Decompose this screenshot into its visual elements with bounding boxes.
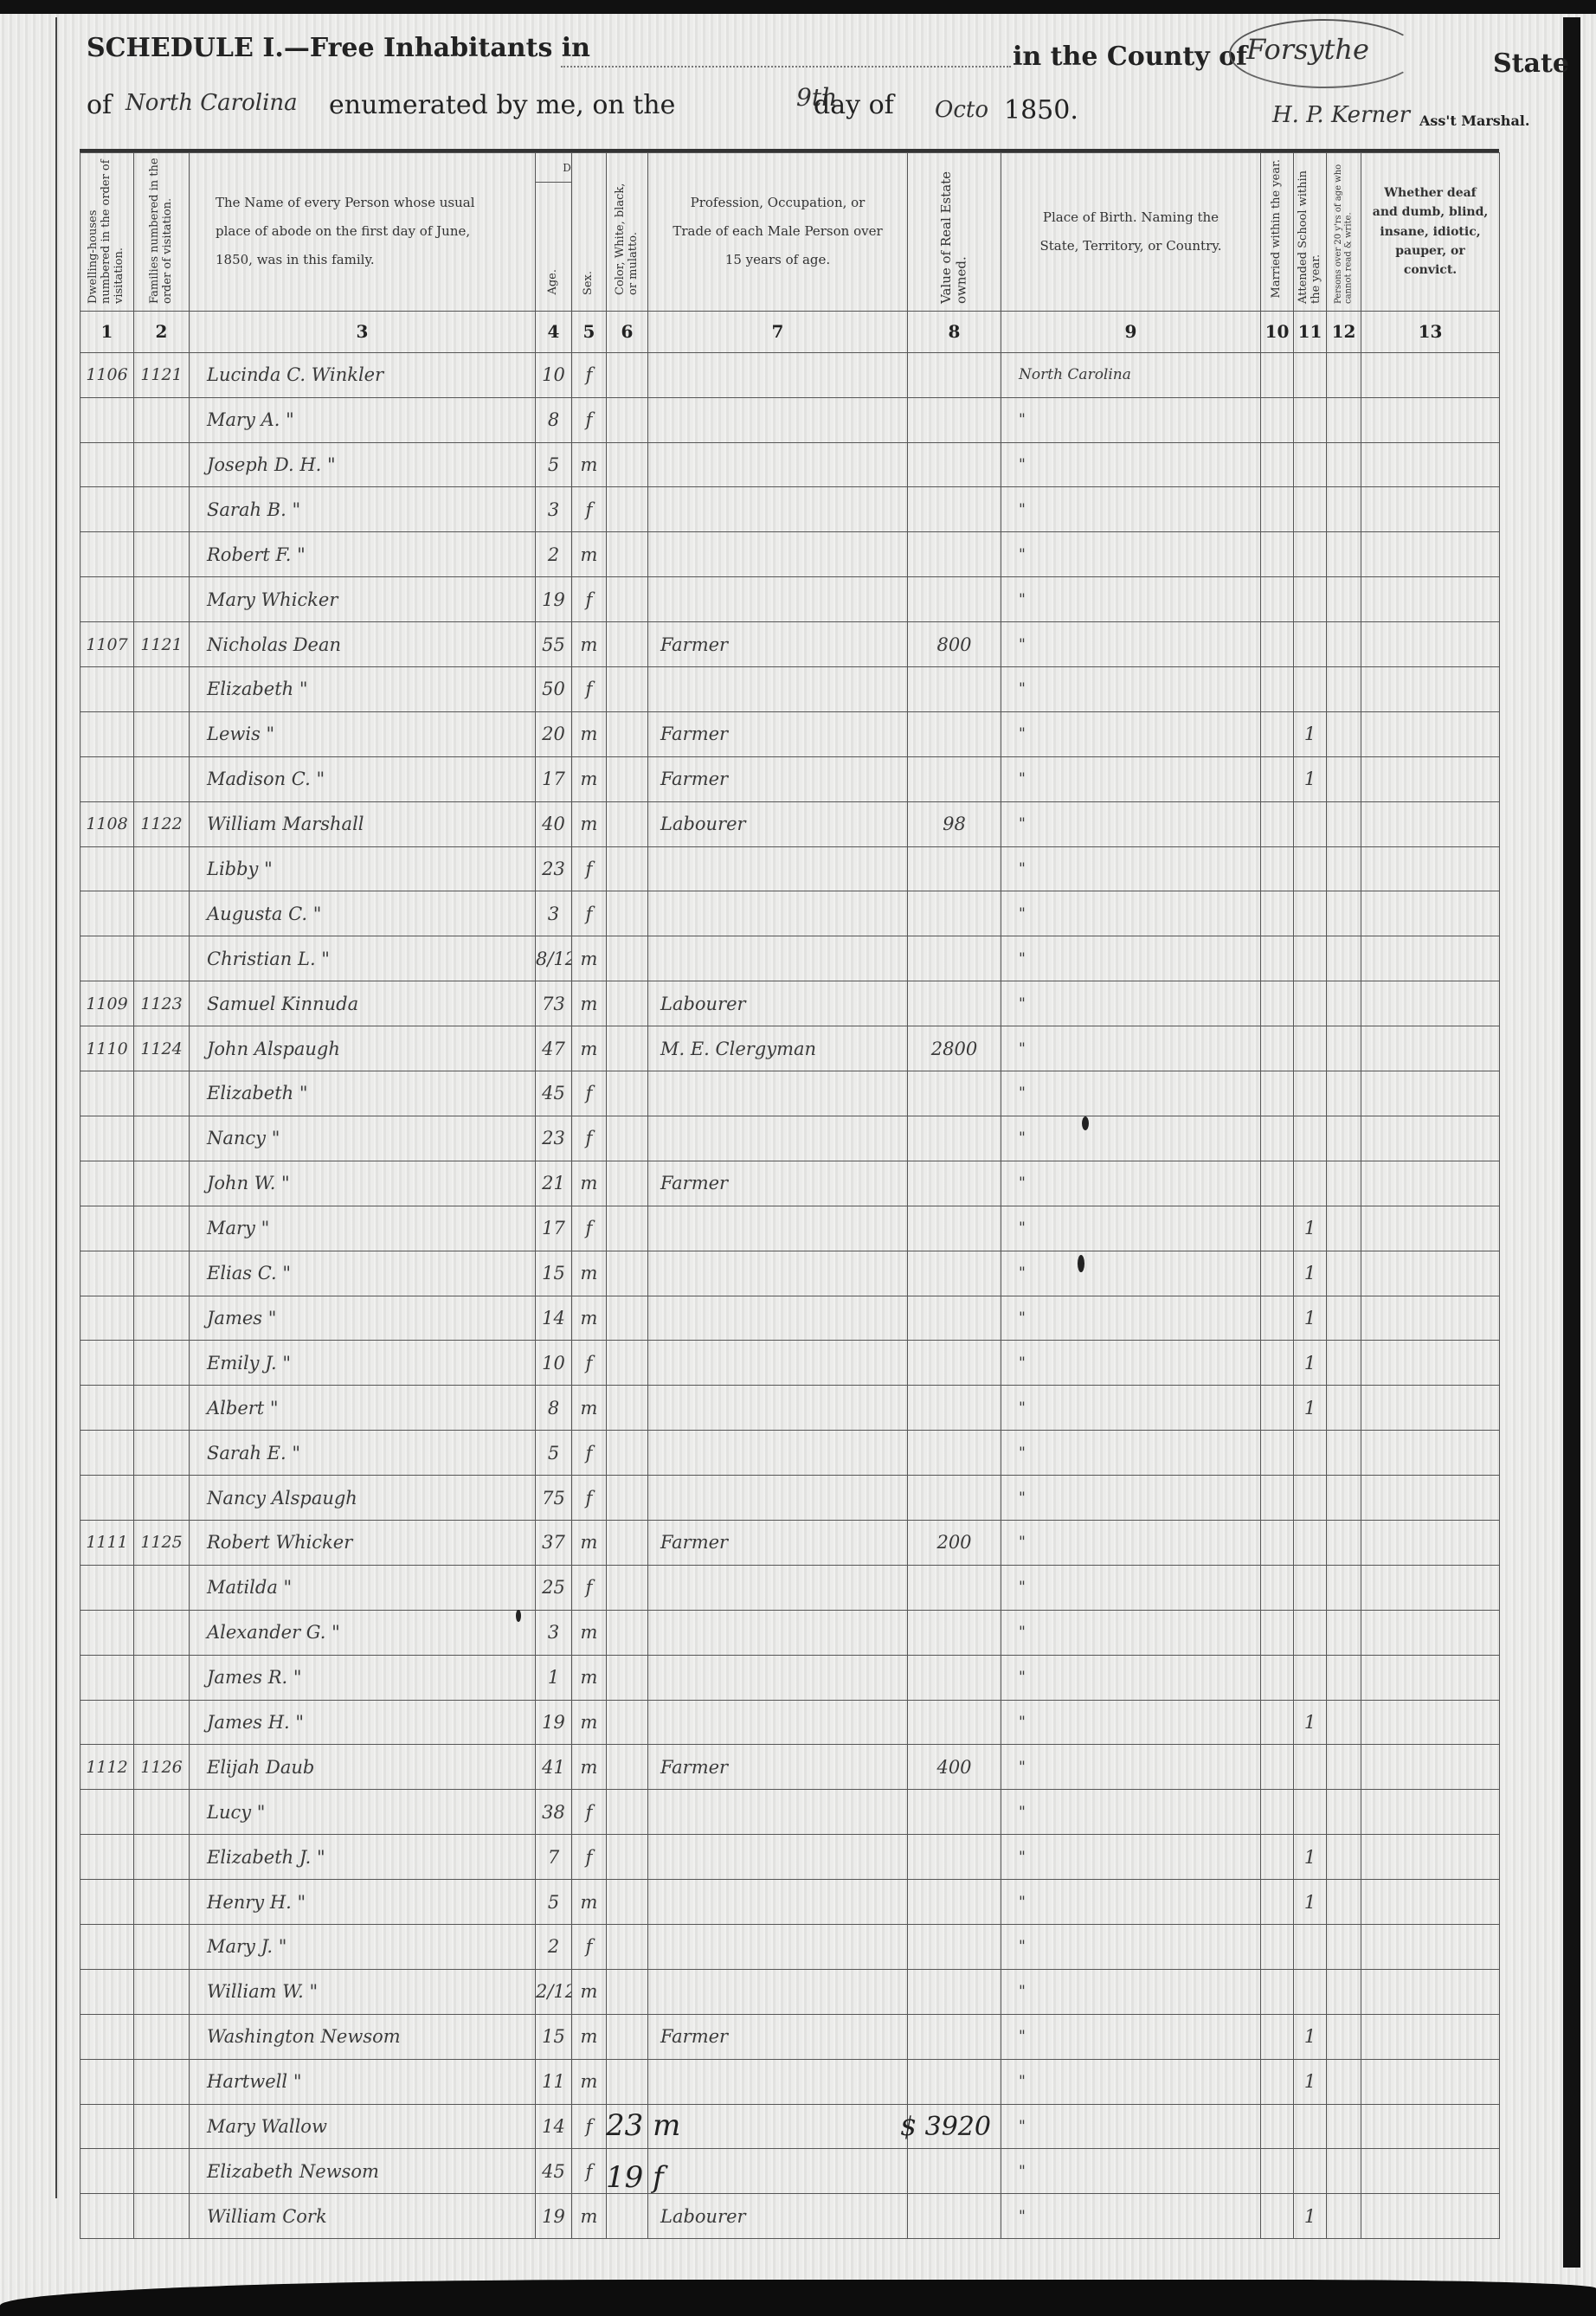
cell-value xyxy=(908,1835,1001,1880)
cell-birth: " xyxy=(1001,1565,1261,1610)
col-num-12: 12 xyxy=(1327,311,1361,352)
cell-empty xyxy=(1361,1431,1500,1476)
table-row: 42William Cork19mLabourer"1 xyxy=(80,2194,1500,2239)
marshal-name: H. P. Kerner xyxy=(1272,102,1410,128)
cell-family xyxy=(134,1880,190,1925)
cell-empty xyxy=(1361,1341,1500,1386)
cell-birth: " xyxy=(1001,2149,1261,2194)
cell-occupation xyxy=(648,1880,908,1925)
cell-family xyxy=(134,1476,190,1521)
cell-sex: f xyxy=(572,667,607,712)
table-row: 34Elizabeth J. "7f"1 xyxy=(80,1835,1500,1880)
cell-occupation xyxy=(648,2149,908,2194)
cell-school xyxy=(1294,1565,1327,1610)
cell-name: Elizabeth " xyxy=(190,667,536,712)
cell-value xyxy=(908,1251,1001,1296)
cell-school xyxy=(1294,2149,1327,2194)
cell-family xyxy=(134,1790,190,1835)
cell-empty xyxy=(1261,891,1294,936)
cell-empty xyxy=(1261,1924,1294,1969)
cell-family xyxy=(134,756,190,801)
cell-dwelling: 10 xyxy=(80,756,134,801)
cell-empty xyxy=(1261,1610,1294,1655)
cell-family: 1122 xyxy=(134,801,190,846)
cell-occupation: Farmer xyxy=(648,756,908,801)
cell-school: 1 xyxy=(1294,2194,1327,2239)
table-row: 4Sarah B. "3f" xyxy=(80,487,1500,532)
cell-school xyxy=(1294,577,1327,622)
cell-dwelling: 11106 xyxy=(80,352,134,397)
cell-occupation xyxy=(648,1565,908,1610)
cell-sex: f xyxy=(572,1565,607,1610)
cell-empty xyxy=(1261,1341,1294,1386)
cell-school xyxy=(1294,352,1327,397)
cell-empty xyxy=(1361,846,1500,891)
table-row: 3211121126Elijah Daub41mFarmer400" xyxy=(80,1745,1500,1790)
cell-value xyxy=(908,442,1001,487)
cell-birth: " xyxy=(1001,1161,1261,1206)
description-group-label: Description. xyxy=(536,153,572,183)
cell-age: 7 xyxy=(536,1835,572,1880)
cell-empty xyxy=(1361,1026,1500,1071)
cell-family xyxy=(134,397,190,442)
female-tally: 19 f xyxy=(606,2160,664,2195)
cell-empty xyxy=(1327,981,1361,1026)
cell-empty xyxy=(1361,2149,1500,2194)
cell-empty xyxy=(1261,1431,1294,1476)
cell-occupation: Labourer xyxy=(648,981,908,1026)
cell-empty xyxy=(1327,622,1361,667)
cell-empty xyxy=(1361,936,1500,981)
cell-occupation xyxy=(648,1071,908,1116)
cell-school xyxy=(1294,1969,1327,2014)
table-row: 38Washington Newsom15mFarmer"1 xyxy=(80,2014,1500,2059)
cell-school xyxy=(1294,487,1327,532)
cell-age: 14 xyxy=(536,1296,572,1341)
year: 1850. xyxy=(1004,95,1078,125)
cell-sex: m xyxy=(572,622,607,667)
cell-family: 1126 xyxy=(134,1745,190,1790)
cell-empty xyxy=(1327,1296,1361,1341)
cell-empty xyxy=(607,1026,648,1071)
cell-empty xyxy=(1327,891,1361,936)
cell-empty xyxy=(607,1745,648,1790)
col-header-age: Description.Age. xyxy=(536,153,572,312)
cell-empty xyxy=(1361,2104,1500,2149)
cell-empty xyxy=(1361,1969,1500,2014)
cell-birth: " xyxy=(1001,891,1261,936)
cell-value xyxy=(908,1116,1001,1161)
cell-occupation xyxy=(648,1790,908,1835)
cell-age: 1 xyxy=(536,1655,572,1700)
cell-name: Joseph D. H. " xyxy=(190,442,536,487)
cell-empty xyxy=(1261,1565,1294,1610)
cell-empty xyxy=(1261,1700,1294,1745)
cell-empty xyxy=(1327,2194,1361,2239)
cell-school xyxy=(1294,622,1327,667)
cell-family: 1121 xyxy=(134,622,190,667)
cell-age: 73 xyxy=(536,981,572,1026)
cell-empty xyxy=(607,667,648,712)
cell-school xyxy=(1294,1431,1327,1476)
cell-family xyxy=(134,2104,190,2149)
cell-age: 2/12 xyxy=(536,1969,572,2014)
marshal-label: Ass't Marshal. xyxy=(1419,113,1529,129)
cell-school: 1 xyxy=(1294,1206,1327,1251)
cell-dwelling: 30 xyxy=(80,1655,134,1700)
cell-name: Elizabeth Newsom xyxy=(190,2149,536,2194)
cell-dwelling: 17 xyxy=(80,1071,134,1116)
cell-dwelling: 4 xyxy=(80,487,134,532)
cell-empty xyxy=(1261,1386,1294,1431)
cell-school xyxy=(1294,1655,1327,1700)
cell-empty xyxy=(1327,1386,1361,1431)
cell-birth: " xyxy=(1001,1026,1261,1071)
cell-name: Elias C. " xyxy=(190,1251,536,1296)
blank-subdivision-line xyxy=(561,66,1011,68)
cell-school xyxy=(1294,397,1327,442)
cell-value xyxy=(908,2149,1001,2194)
cell-family xyxy=(134,1431,190,1476)
col-num-3: 3 xyxy=(190,311,536,352)
cell-empty xyxy=(1327,1924,1361,1969)
table-row: 18Nancy "23f" xyxy=(80,1116,1500,1161)
cell-dwelling: 21 xyxy=(80,1251,134,1296)
cell-empty xyxy=(1261,1206,1294,1251)
cell-empty xyxy=(1361,711,1500,756)
cell-empty xyxy=(607,1431,648,1476)
col-num-11: 11 xyxy=(1294,311,1327,352)
cell-sex: m xyxy=(572,2014,607,2059)
cell-age: 55 xyxy=(536,622,572,667)
table-row: 6Mary Whicker19f" xyxy=(80,577,1500,622)
cell-empty xyxy=(1327,1969,1361,2014)
cell-family xyxy=(134,2194,190,2239)
cell-birth: " xyxy=(1001,1790,1261,1835)
col-num-8: 8 xyxy=(908,311,1001,352)
cell-empty xyxy=(607,1520,648,1565)
cell-sex: f xyxy=(572,1071,607,1116)
cell-name: Mary J. " xyxy=(190,1924,536,1969)
cell-family xyxy=(134,891,190,936)
left-margin-rule xyxy=(55,17,57,2198)
cell-empty xyxy=(1327,667,1361,712)
cell-empty xyxy=(1361,2059,1500,2104)
cell-empty xyxy=(1361,1251,1500,1296)
cell-dwelling: 35 xyxy=(80,1880,134,1925)
cell-value xyxy=(908,1206,1001,1251)
ink-speck xyxy=(1082,1116,1089,1130)
cell-birth: " xyxy=(1001,1520,1261,1565)
cell-empty xyxy=(1327,352,1361,397)
cell-name: James " xyxy=(190,1296,536,1341)
col-num-13: 13 xyxy=(1361,311,1500,352)
cell-birth: " xyxy=(1001,1251,1261,1296)
cell-family xyxy=(134,1161,190,1206)
scan-binding-edge xyxy=(1563,17,1580,2268)
cell-empty xyxy=(607,577,648,622)
table-row: 5Robert F. "2m" xyxy=(80,532,1500,577)
dwelling-number: 1107 xyxy=(86,635,127,654)
cell-school xyxy=(1294,1476,1327,1521)
cell-empty xyxy=(1327,2059,1361,2104)
cell-value xyxy=(908,397,1001,442)
cell-name: Mary Wallow xyxy=(190,2104,536,2149)
cell-sex: m xyxy=(572,2194,607,2239)
cell-age: 10 xyxy=(536,352,572,397)
cell-value xyxy=(908,1386,1001,1431)
dwelling-number: 1111 xyxy=(86,1533,127,1552)
cell-empty xyxy=(1261,936,1294,981)
cell-name: Robert Whicker xyxy=(190,1520,536,1565)
cell-sex: m xyxy=(572,2059,607,2104)
cell-school xyxy=(1294,442,1327,487)
cell-empty xyxy=(1327,1161,1361,1206)
dwelling-number: 1109 xyxy=(86,994,127,1013)
cell-empty xyxy=(1261,1790,1294,1835)
cell-dwelling: 12 xyxy=(80,846,134,891)
cell-birth: " xyxy=(1001,1835,1261,1880)
cell-occupation xyxy=(648,2059,908,2104)
cell-dwelling: 14 xyxy=(80,936,134,981)
cell-dwelling: 13 xyxy=(80,891,134,936)
cell-empty xyxy=(1327,1206,1361,1251)
cell-family xyxy=(134,2014,190,2059)
cell-sex: f xyxy=(572,846,607,891)
ink-speck xyxy=(516,1610,521,1622)
cell-value xyxy=(908,2014,1001,2059)
cell-birth: " xyxy=(1001,756,1261,801)
schedule-title: SCHEDULE I.—Free Inhabitants in xyxy=(87,33,590,63)
cell-birth: " xyxy=(1001,397,1261,442)
col-header-married: Married within the year. xyxy=(1261,153,1294,312)
cell-occupation: Labourer xyxy=(648,801,908,846)
cell-value xyxy=(908,1969,1001,2014)
table-row: 26Nancy Alspaugh75f" xyxy=(80,1476,1500,1521)
cell-value xyxy=(908,1700,1001,1745)
cell-family xyxy=(134,1969,190,2014)
col-num-4: 4 xyxy=(536,311,572,352)
cell-empty xyxy=(1327,2104,1361,2149)
cell-age: 19 xyxy=(536,1700,572,1745)
table-row: 29Alexander G. "3m" xyxy=(80,1610,1500,1655)
table-row: 31James H. "19m"1 xyxy=(80,1700,1500,1745)
cell-empty xyxy=(1327,1835,1361,1880)
cell-occupation xyxy=(648,397,908,442)
cell-occupation xyxy=(648,891,908,936)
cell-family xyxy=(134,1655,190,1700)
cell-dwelling: 2 xyxy=(80,397,134,442)
cell-empty xyxy=(607,2014,648,2059)
cell-empty xyxy=(607,711,648,756)
cell-family: 1125 xyxy=(134,1520,190,1565)
cell-empty xyxy=(607,1296,648,1341)
cell-empty xyxy=(1327,1520,1361,1565)
cell-empty xyxy=(1327,1655,1361,1700)
cell-dwelling: 34 xyxy=(80,1835,134,1880)
cell-empty xyxy=(1327,487,1361,532)
table-row: 23Emily J. "10f"1 xyxy=(80,1341,1500,1386)
cell-empty xyxy=(607,1476,648,1521)
cell-sex: m xyxy=(572,442,607,487)
dwelling-number: 1106 xyxy=(86,365,127,384)
cell-empty xyxy=(607,1655,648,1700)
cell-value: 2800 xyxy=(908,1026,1001,1071)
cell-value xyxy=(908,1880,1001,1925)
cell-dwelling: 18 xyxy=(80,1116,134,1161)
cell-school: 1 xyxy=(1294,2059,1327,2104)
cell-family xyxy=(134,577,190,622)
table-row: 3Joseph D. H. "5m" xyxy=(80,442,1500,487)
cell-empty xyxy=(607,1251,648,1296)
cell-empty xyxy=(1261,2194,1294,2239)
cell-value: 98 xyxy=(908,801,1001,846)
table-row: 30James R. "1m" xyxy=(80,1655,1500,1700)
cell-dwelling: 23 xyxy=(80,1341,134,1386)
cell-empty xyxy=(1361,981,1500,1026)
col-num-9: 9 xyxy=(1001,311,1261,352)
cell-school: 1 xyxy=(1294,756,1327,801)
cell-school: 1 xyxy=(1294,1386,1327,1431)
cell-sex: m xyxy=(572,1161,607,1206)
cell-empty xyxy=(1261,711,1294,756)
cell-sex: m xyxy=(572,1520,607,1565)
col-num-10: 10 xyxy=(1261,311,1294,352)
cell-empty xyxy=(1361,891,1500,936)
cell-school: 1 xyxy=(1294,1251,1327,1296)
cell-age: 15 xyxy=(536,2014,572,2059)
table-row: 12Libby "23f" xyxy=(80,846,1500,891)
census-sheet: Dwelling-houses numbered in the order of… xyxy=(80,149,1499,2198)
cell-sex: f xyxy=(572,577,607,622)
cell-birth: " xyxy=(1001,1476,1261,1521)
cell-name: Sarah B. " xyxy=(190,487,536,532)
cell-empty xyxy=(607,1161,648,1206)
cell-name: Elizabeth J. " xyxy=(190,1835,536,1880)
cell-family xyxy=(134,1206,190,1251)
cell-occupation xyxy=(648,487,908,532)
cell-value xyxy=(908,891,1001,936)
cell-empty xyxy=(1261,532,1294,577)
cell-empty xyxy=(1261,1835,1294,1880)
cell-empty xyxy=(1327,936,1361,981)
cell-age: 5 xyxy=(536,1431,572,1476)
cell-empty xyxy=(1361,2194,1500,2239)
cell-occupation: Farmer xyxy=(648,711,908,756)
cell-empty xyxy=(1361,532,1500,577)
cell-empty xyxy=(1361,801,1500,846)
cell-birth: " xyxy=(1001,1431,1261,1476)
cell-birth: " xyxy=(1001,1071,1261,1116)
cell-empty xyxy=(1261,2104,1294,2149)
cell-empty xyxy=(1261,1880,1294,1925)
table-row: 111061121Lucinda C. Winkler10fNorth Caro… xyxy=(80,352,1500,397)
table-row: 17Elizabeth "45f" xyxy=(80,1071,1500,1116)
dwelling-number: 1110 xyxy=(86,1039,127,1058)
cell-name: Mary Whicker xyxy=(190,577,536,622)
table-row: 35Henry H. "5m"1 xyxy=(80,1880,1500,1925)
cell-value xyxy=(908,1341,1001,1386)
cell-birth: " xyxy=(1001,2104,1261,2149)
cell-value xyxy=(908,532,1001,577)
cell-family xyxy=(134,1341,190,1386)
cell-value xyxy=(908,711,1001,756)
cell-value xyxy=(908,667,1001,712)
cell-dwelling: 36 xyxy=(80,1924,134,1969)
male-tally: 23 m xyxy=(606,2108,680,2143)
cell-family xyxy=(134,1924,190,1969)
table-row: 39Hartwell "11m"1 xyxy=(80,2059,1500,2104)
col-header-family: Families numbered in the order of visita… xyxy=(134,153,190,312)
col-num-6: 6 xyxy=(607,311,648,352)
cell-sex: m xyxy=(572,1251,607,1296)
cell-school xyxy=(1294,936,1327,981)
cell-empty xyxy=(1361,1835,1500,1880)
cell-dwelling: 321112 xyxy=(80,1745,134,1790)
cell-family xyxy=(134,1565,190,1610)
cell-age: 3 xyxy=(536,487,572,532)
cell-birth: " xyxy=(1001,936,1261,981)
cell-family xyxy=(134,532,190,577)
cell-value: 200 xyxy=(908,1520,1001,1565)
cell-school xyxy=(1294,981,1327,1026)
cell-sex: m xyxy=(572,711,607,756)
cell-occupation xyxy=(648,532,908,577)
cell-birth: " xyxy=(1001,846,1261,891)
cell-dwelling: 161110 xyxy=(80,1026,134,1071)
cell-empty xyxy=(1361,622,1500,667)
cell-family: 1121 xyxy=(134,352,190,397)
cell-empty xyxy=(1261,352,1294,397)
cell-occupation xyxy=(648,1969,908,2014)
cell-empty xyxy=(1327,1431,1361,1476)
cell-value: 400 xyxy=(908,1745,1001,1790)
cell-occupation: M. E. Clergyman xyxy=(648,1026,908,1071)
cell-occupation xyxy=(648,1610,908,1655)
cell-age: 3 xyxy=(536,891,572,936)
state-label: State xyxy=(1493,48,1569,79)
census-page: SCHEDULE I.—Free Inhabitants in in the C… xyxy=(0,0,1596,2316)
cell-value xyxy=(908,2194,1001,2239)
cell-empty xyxy=(1361,1880,1500,1925)
cell-age: 14 xyxy=(536,2104,572,2149)
cell-birth: " xyxy=(1001,1700,1261,1745)
table-row: 28Matilda "25f" xyxy=(80,1565,1500,1610)
cell-sex: m xyxy=(572,756,607,801)
cell-empty xyxy=(1327,1071,1361,1116)
cell-family xyxy=(134,1296,190,1341)
cell-empty xyxy=(607,1790,648,1835)
cell-birth: " xyxy=(1001,1386,1261,1431)
cell-empty xyxy=(607,352,648,397)
cell-empty xyxy=(1261,756,1294,801)
cell-empty xyxy=(1327,1565,1361,1610)
col-header-value: Value of Real Estate owned. xyxy=(908,153,1001,312)
cell-school xyxy=(1294,2104,1327,2149)
cell-name: William Marshall xyxy=(190,801,536,846)
cell-dwelling: 9 xyxy=(80,711,134,756)
cell-occupation xyxy=(648,1341,908,1386)
cell-family: 1123 xyxy=(134,981,190,1026)
cell-school: 1 xyxy=(1294,711,1327,756)
cell-occupation: Labourer xyxy=(648,2194,908,2239)
cell-empty xyxy=(1361,1476,1500,1521)
cell-dwelling: 33 xyxy=(80,1790,134,1835)
cell-sex: m xyxy=(572,981,607,1026)
cell-empty xyxy=(1361,397,1500,442)
cell-name: Emily J. " xyxy=(190,1341,536,1386)
cell-name: Elijah Daub xyxy=(190,1745,536,1790)
